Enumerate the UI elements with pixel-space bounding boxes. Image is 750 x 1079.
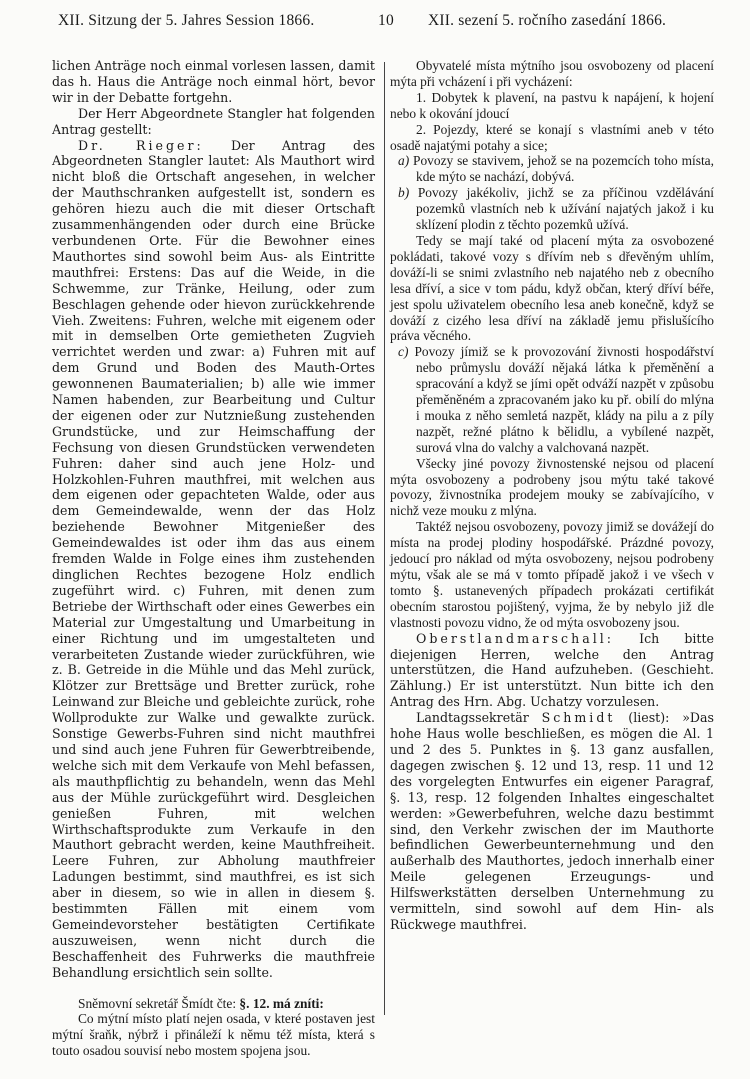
speech-paragraph: Dr. Rieger: Der Antrag des Abgeordneten … (52, 138, 375, 981)
right-column-czech: Obyvatelé místa mýtního jsou osvobozeny … (390, 58, 714, 933)
speaker-name: Sněmovní sekretář Šmídt čte: (78, 996, 236, 1011)
item-text: Povozy se stavivem, jehož se na pozemcíc… (413, 153, 714, 184)
list-item-c: c) Povozy jímiž se k provozování živnost… (390, 344, 714, 455)
paragraph: Co mýtní místo platí nejen osada, v kter… (52, 1011, 375, 1059)
list-item-b: b) Povozy jakékoliv, jichž se za příčino… (390, 185, 714, 233)
speaker-name: Oberstlandmarschall: (416, 631, 614, 646)
numbered-item-1: 1. Dobytek k plavení, na pastvu k napáje… (390, 90, 714, 122)
header-czech: XII. sezení 5. ročního zasedání 1866. (428, 12, 666, 30)
item-marker: c) (398, 344, 408, 359)
paragraph: lichen Anträge noch einmal vorlesen lass… (52, 58, 375, 106)
section-reference: §. 12. má zníti: (239, 996, 323, 1011)
item-marker: a) (398, 153, 409, 168)
paragraph: Taktéž nejsou osvobozeny, povozy jimiž s… (390, 519, 714, 630)
left-column-german: lichen Anträge noch einmal vorlesen lass… (52, 58, 375, 1059)
page-number: 10 (378, 12, 394, 30)
speech-text: Der Antrag des Abgeordneten Stangler lau… (52, 138, 375, 980)
speech-paragraph: Landtagssekretär Schmidt (liest): »Das h… (390, 710, 714, 933)
paragraph: Všecky jiné povozy živnostenské nejsou o… (390, 456, 714, 520)
speech-paragraph: Oberstlandmarschall: Ich bitte diejenige… (390, 631, 714, 711)
item-text: Povozy jímiž se k provozování živnosti h… (414, 344, 714, 454)
spacer (52, 981, 375, 996)
numbered-item-2: 2. Pojezdy, které se konají s vlastními … (390, 122, 714, 154)
speech-paragraph: Sněmovní sekretář Šmídt čte: §. 12. má z… (52, 996, 375, 1012)
page-header: XII. Sitzung der 5. Jahres Session 1866.… (0, 12, 750, 36)
speaker-title: Landtagssekretär (416, 710, 529, 725)
list-item-a: a) Povozy se stavivem, jehož se na pozem… (390, 153, 714, 185)
paragraph: Der Herr Abgeordnete Stangler hat folgen… (52, 106, 375, 138)
speech-text: (liest): »Das hohe Haus wolle beschließe… (390, 710, 714, 932)
item-text: Povozy jakékoliv, jichž se za příčinou v… (416, 185, 714, 232)
item-marker: b) (398, 185, 409, 200)
paragraph: Obyvatelé místa mýtního jsou osvobozeny … (390, 58, 714, 90)
paragraph: Tedy se mají také od placení mýta za osv… (390, 233, 714, 344)
header-german: XII. Sitzung der 5. Jahres Session 1866. (58, 12, 314, 30)
speaker-name: Schmidt (542, 710, 616, 725)
column-divider (384, 62, 385, 1015)
speaker-name: Dr. Rieger: (78, 138, 204, 153)
